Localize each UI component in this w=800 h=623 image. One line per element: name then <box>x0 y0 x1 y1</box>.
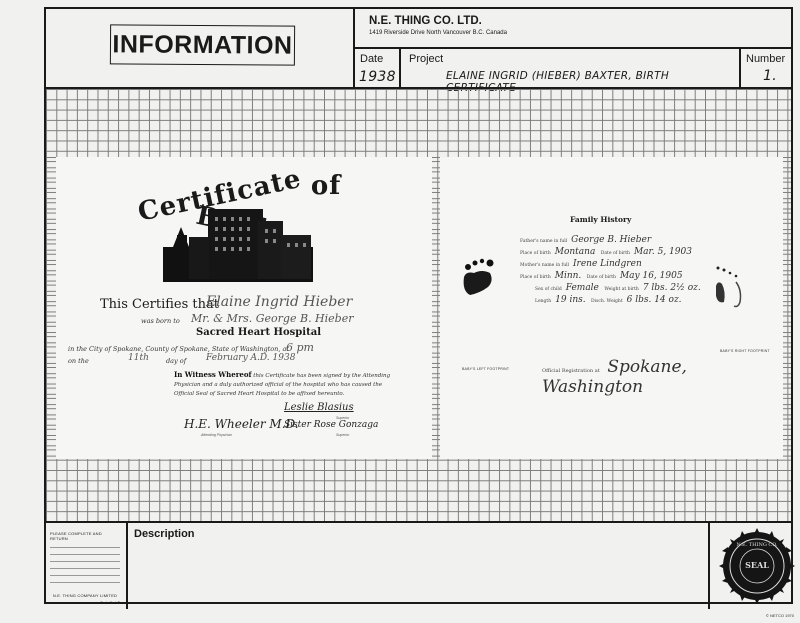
date-label: Date <box>360 53 399 65</box>
project-label: Project <box>409 53 739 65</box>
superior-caption-2: Superior <box>336 433 349 437</box>
trade-mark: Trade Mark ® <box>50 601 120 605</box>
right-footprint-icon <box>712 262 752 312</box>
form-title-cell: INFORMATION <box>44 7 355 87</box>
date-value: 1938 <box>359 69 396 85</box>
on-the-label: on the <box>68 357 89 365</box>
company-address: 1419 Riverside Drive North Vancouver B.C… <box>369 30 791 36</box>
seal-cell: SEAL N.E. THING CO. <box>710 523 791 609</box>
signature-physician: H.E. Wheeler M.D. <box>184 417 299 431</box>
grid-ticks-left <box>46 157 56 459</box>
birth-certificate-back: Family History Father's name in fullGeor… <box>440 157 783 459</box>
seal-center-text: SEAL <box>745 560 769 570</box>
family-history-row: Place of birthMinn. Date of birthMay 16,… <box>520 271 687 281</box>
form-title: INFORMATION <box>110 24 295 65</box>
description-label: Description <box>134 528 708 540</box>
birth-month-year: February A.D. 1938 <box>206 353 295 363</box>
number-label: Number <box>746 53 791 65</box>
form-footer: PLEASE COMPLETE AND RETURN N.E. THING CO… <box>44 521 793 611</box>
registration-value: Spokane, Washington <box>542 357 687 397</box>
company-name: N.E. THING CO. LTD. <box>369 15 791 27</box>
form-header: INFORMATION N.E. THING CO. LTD. 1419 Riv… <box>44 7 793 89</box>
registration-label: Official Registration at <box>542 368 600 374</box>
number-field[interactable]: Number 1. <box>741 49 791 87</box>
birth-day: 11th <box>128 353 149 363</box>
return-line <box>50 561 120 562</box>
hospital-building-illustration <box>163 207 313 282</box>
parents-name: Mr. & Mrs. George B. Hieber <box>191 312 354 325</box>
certifies-line: This Certifies that <box>100 297 219 312</box>
family-history-row: Length19 ins. Disch. Weight6 lbs. 14 oz. <box>535 295 686 305</box>
return-line <box>50 554 120 555</box>
company-cell: N.E. THING CO. LTD. 1419 Riverside Drive… <box>355 7 791 49</box>
child-name: Elaine Ingrid Hieber <box>206 294 352 310</box>
return-label: PLEASE COMPLETE AND RETURN <box>50 531 120 541</box>
family-history-row: Father's name in fullGeorge B. Hieber <box>520 235 655 245</box>
grid-ticks-middle <box>432 157 440 459</box>
born-to-label: was born to <box>141 317 180 325</box>
title-word-2: of <box>311 171 342 201</box>
witness-clause: In Witness Whereof this Certificate has … <box>174 370 394 399</box>
birth-certificate-front: Certificate of Birth This Certifies that… <box>56 157 432 459</box>
right-footprint-label: BABY'S RIGHT FOOTPRINT <box>720 349 770 353</box>
return-line <box>50 568 120 569</box>
grid-ticks-right <box>783 157 791 459</box>
return-instructions: PLEASE COMPLETE AND RETURN N.E. THING CO… <box>44 523 128 609</box>
official-registration: Official Registration at Spokane, Washin… <box>542 357 783 397</box>
physician-caption: Attending Physician <box>201 433 232 437</box>
seal-ring-text: N.E. THING CO. <box>736 542 778 548</box>
date-field[interactable]: Date 1938 <box>355 49 401 87</box>
day-of-label: day of <box>166 357 186 365</box>
certifies-label: This Certifies that <box>100 297 219 312</box>
hospital-name: Sacred Heart Hospital <box>196 327 321 338</box>
family-history-row: Mother's name in fullIrene Lindgren <box>520 259 646 269</box>
family-history-row: Place of birthMontana Date of birthMar. … <box>520 247 696 257</box>
copyright-notice: © NETCO 1970 <box>766 613 794 618</box>
project-field[interactable]: Project Elaine Ingrid (Hieber) Baxter, B… <box>401 49 741 87</box>
left-footprint-label: BABY'S LEFT FOOTPRINT <box>462 367 509 371</box>
return-line <box>50 547 120 548</box>
return-line <box>50 582 120 583</box>
family-history-row: Sex of childFemale Weight at birth7 lbs.… <box>535 283 705 293</box>
witness-heading: In Witness Whereof <box>174 370 252 379</box>
return-company: N.E. THING COMPANY LIMITED <box>50 593 120 598</box>
left-footprint-icon <box>460 257 500 302</box>
number-value: 1. <box>763 68 777 84</box>
signature-superior-2: Sister Rose Gonzaga <box>284 420 378 430</box>
signature-superior-1: Leslie Blasius <box>284 402 354 413</box>
location-text: in the City of Spokane, County of Spokan… <box>68 345 289 353</box>
description-field[interactable]: Description <box>128 523 710 609</box>
return-line <box>50 575 120 576</box>
embossed-seal-icon: SEAL N.E. THING CO. <box>719 528 795 604</box>
family-history-title: Family History <box>570 215 631 224</box>
